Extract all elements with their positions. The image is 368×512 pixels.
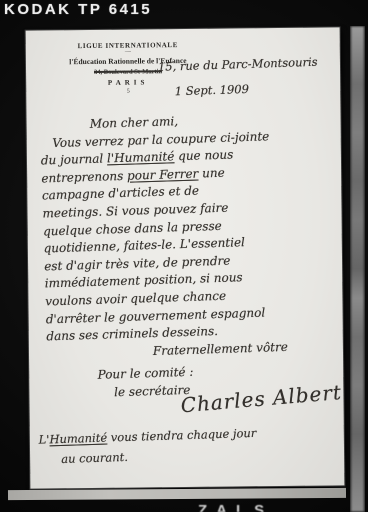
letter-page: LIGUE INTERNATIONALE — l'Éducation Ratio… xyxy=(26,27,345,488)
film-bottom-edge xyxy=(8,488,346,500)
signature-charles-albert: Charles Albert xyxy=(180,380,343,417)
film-strip-edge xyxy=(350,26,365,512)
letter-date: 1 Sept. 1909 xyxy=(175,82,250,98)
postscript: L'Humanité vous tiendra chaque jourau co… xyxy=(38,420,339,469)
film-bottom-partial-mark: ZALS xyxy=(198,502,273,512)
body-lines: Mon cher ami,Vous verrez par la coupure … xyxy=(24,108,346,364)
kodak-film-edge-label: KODAK TP 6415 xyxy=(4,1,152,18)
handwritten-content: 15, rue du Parc-Montsouris 1 Sept. 1909 … xyxy=(21,24,349,492)
film-photograph: KODAK TP 6415 LIGUE INTERNATIONALE — l'É… xyxy=(0,0,368,512)
closing-committee: Pour le comité : xyxy=(97,365,193,382)
sender-address: 15, rue du Parc-Montsouris xyxy=(158,55,318,74)
